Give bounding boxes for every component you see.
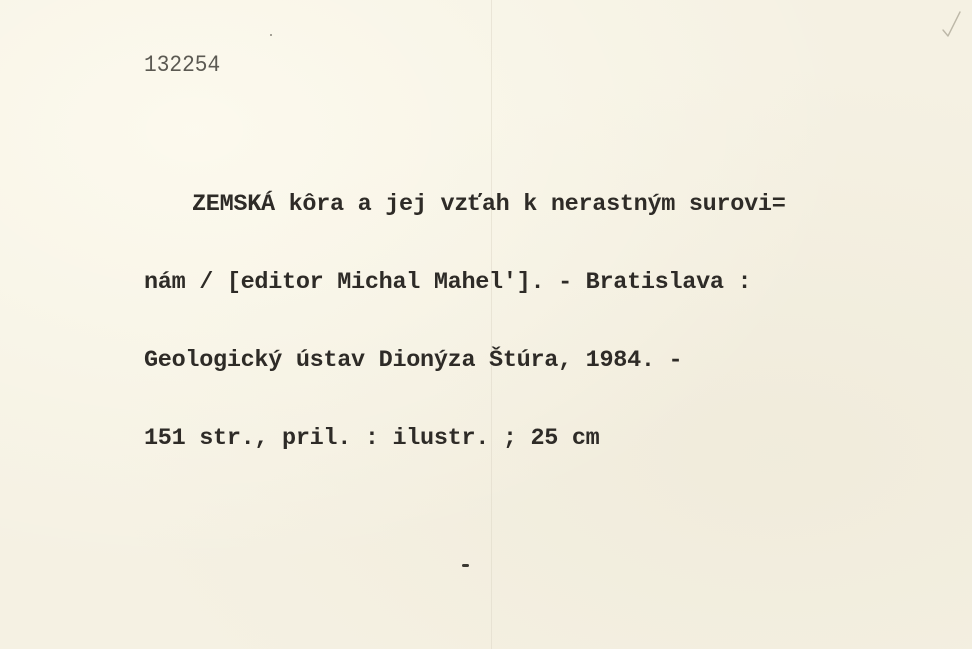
bibliographic-entry: ZEMSKÁ kôra a jej vzťah k nerastným suro…: [144, 140, 786, 504]
accession-number: 132254: [144, 52, 220, 78]
paper-speck: [270, 34, 272, 36]
paper-speck: [462, 564, 469, 567]
entry-line-publisher: Geologický ústav Dionýza Štúra, 1984. -: [144, 348, 786, 374]
entry-line-editor: nám / [editor Michal Mahel']. - Bratisla…: [144, 270, 786, 296]
check-mark-icon: [940, 8, 962, 38]
catalog-card: 132254 ZEMSKÁ kôra a jej vzťah k nerastn…: [0, 0, 972, 649]
entry-line-title: ZEMSKÁ kôra a jej vzťah k nerastným suro…: [144, 192, 786, 218]
entry-line-physical-description: 151 str., pril. : ilustr. ; 25 cm: [144, 426, 786, 452]
